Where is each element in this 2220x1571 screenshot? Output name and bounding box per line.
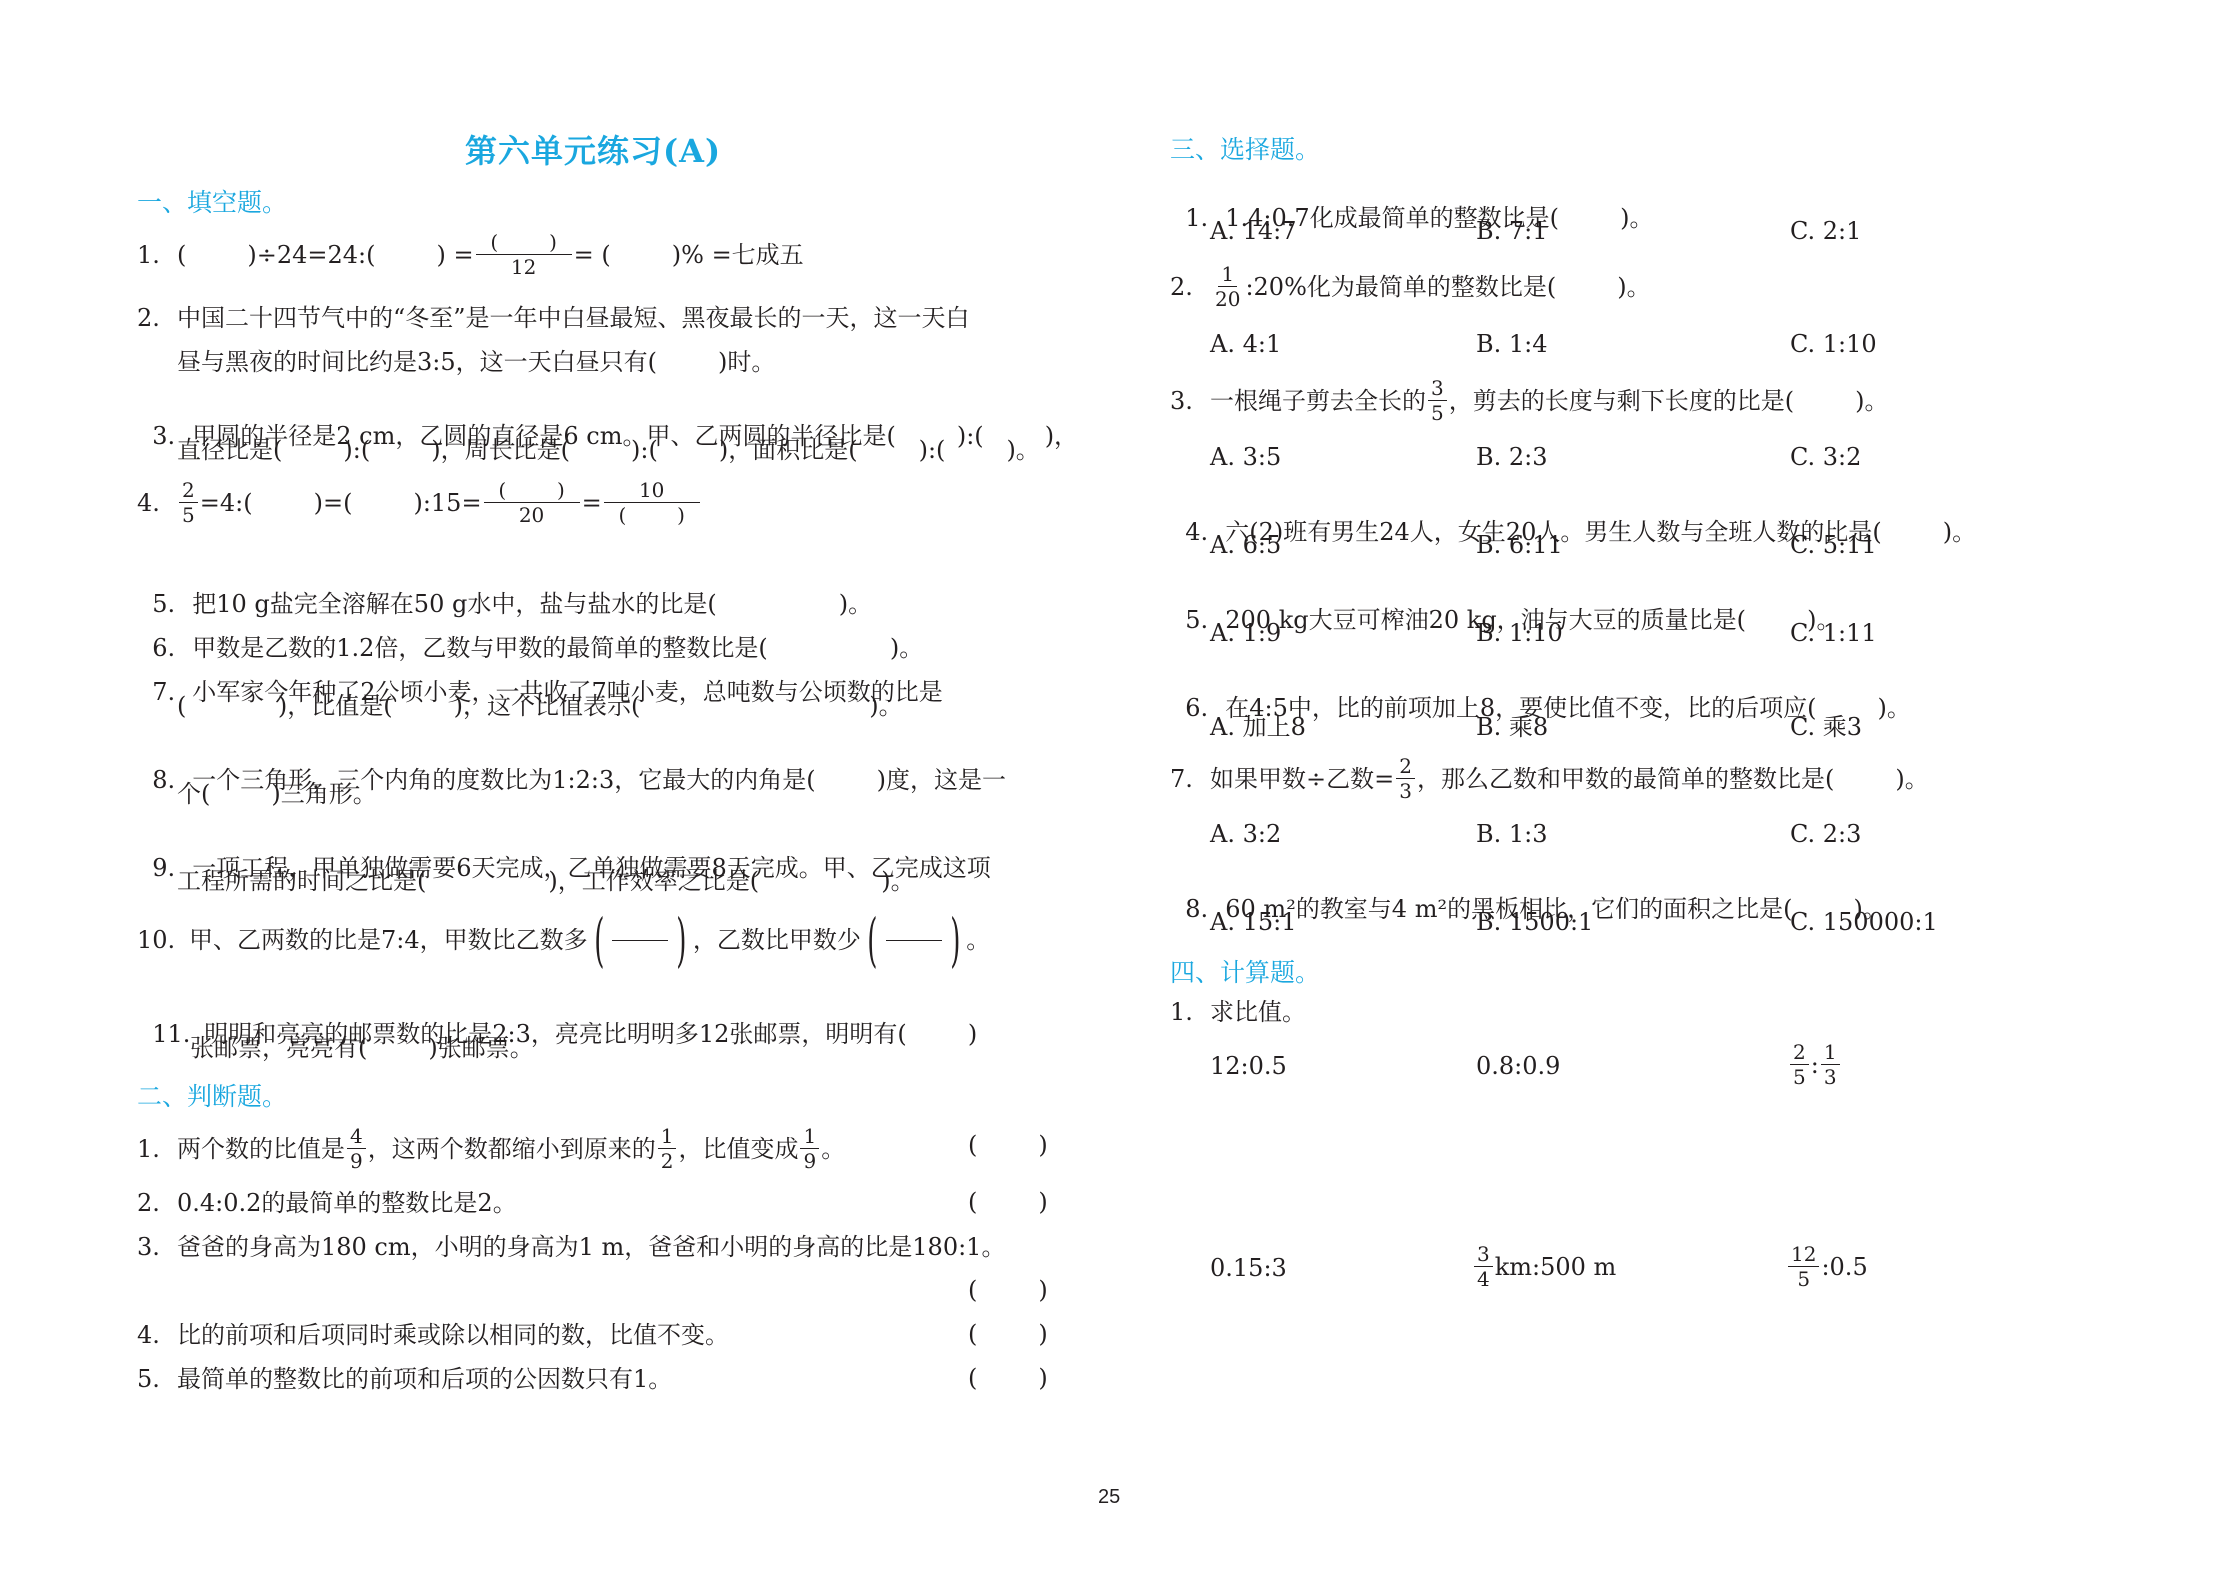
fill-question-9-line2: 工程所需的时间之比是( )，工作效率之比是( )。 [177,866,915,896]
answer-box[interactable]: ( ) [968,1320,1048,1348]
fill-question-8-line2: 个( )三角形。 [177,779,377,809]
fraction-numerator: 2 [1790,1040,1809,1065]
fill-question-2-line2: 昼与黑夜的时间比约是3:5，这一天白昼只有( )时。 [177,347,775,377]
question-number: 3. [137,1232,177,1262]
question-number: 4. [137,1320,177,1350]
option-b[interactable]: B. 1500:1 [1476,908,1593,936]
section-heading-judge: 二、判断题。 [137,1077,287,1113]
question-text: 中国二十四节气中的“冬至”是一年中白昼最短、黑夜最长的一天，这一天白 [177,304,970,332]
question-text: 甲、乙两数的比是7:4，甲数比乙数多 [189,925,588,955]
question-number: 2. [1170,272,1210,302]
question-number: 3. [1170,386,1210,416]
question-text: ，这两个数都缩小到原来的 [368,1134,656,1164]
fraction-numerator: 3 [1474,1242,1493,1267]
fraction-numerator: 3 [1428,376,1447,401]
question-text: 一根绳子剪去全长的 [1210,386,1426,416]
option-c[interactable]: C. 乘3 [1790,707,1862,742]
option-b[interactable]: B. 7:1 [1476,217,1548,245]
ratio-separator: : [1811,1050,1819,1080]
question-number: 1. [137,1134,177,1164]
fraction: 35 [1428,376,1447,425]
choice-question-7: 7. 如果甲数÷乙数= 23 ，那么乙数和甲数的最简单的整数比是( )。 [1170,754,1929,803]
option-a[interactable]: A. 3:2 [1210,820,1281,848]
fraction-numerator: 1 [800,1124,819,1149]
fraction-denominator: 3 [1821,1065,1840,1089]
page-number: 25 [1098,1486,1120,1509]
fraction-numerator: 4 [347,1124,366,1149]
fill-question-7-line2: ( )，比值是( )，这个比值表示( )。 [177,691,903,721]
fraction-denominator: 20 [484,503,580,527]
question-number: 10. [137,925,189,955]
fraction: 49 [347,1124,366,1173]
question-text: :20%化为最简单的整数比是( )。 [1245,272,1650,302]
question-number: 2. [137,1188,177,1218]
answer-box[interactable]: ( ) [968,1188,1048,1216]
calc-expression-5: 34 km:500 m [1472,1242,1616,1291]
option-b[interactable]: B. 6:11 [1476,531,1563,559]
calc-expression-4: 0.15:3 [1210,1253,1287,1283]
fraction-answer-blank[interactable]: () [861,910,966,970]
fraction-denominator: 5 [179,503,198,527]
expression-text: km:500 m [1495,1252,1617,1282]
fraction-denominator: ( ) [604,503,700,527]
fraction: 23 [1396,754,1415,803]
fraction: 120 [1212,262,1243,311]
judge-question-4: 4.比的前项和后项同时乘或除以相同的数，比值不变。 [137,1320,729,1350]
judge-question-3: 3.爸爸的身高为180 cm，小明的身高为1 m，爸爸和小明的身高的比是180:… [137,1232,1005,1262]
choice-question-3: 3. 一根绳子剪去全长的 35 ，剪去的长度与剩下长度的比是( )。 [1170,376,1889,425]
option-a[interactable]: A. 4:1 [1210,330,1281,358]
calc-question-1: 1.求比值。 [1170,997,1306,1027]
fraction: ( )20 [484,478,580,527]
fraction-numerator: ( ) [476,230,572,255]
question-text: =4:( )=( ):15= [200,488,482,518]
fraction-denominator: 20 [1212,287,1243,311]
fraction: ( ) 12 [476,230,572,279]
fraction-denominator: 4 [1474,1267,1493,1291]
fraction-numerator: 12 [1788,1242,1819,1267]
question-text: ( )÷24=24:( ) = [177,240,474,270]
judge-question-5: 5.最简单的整数比的前项和后项的公因数只有1。 [137,1364,672,1394]
fraction-denominator: 9 [347,1149,366,1173]
question-text: ，比值变成 [678,1134,798,1164]
question-text: 如果甲数÷乙数= [1210,764,1394,794]
question-number: 1. [137,240,177,270]
fraction: 25 [1790,1040,1809,1089]
fraction-numerator: 1 [1821,1040,1840,1065]
fraction-denominator: 2 [658,1149,677,1173]
question-number: 5. [137,1364,177,1394]
fill-question-1: 1. ( )÷24=24:( ) = ( ) 12 = ( )% =七成五 [137,230,804,279]
fraction-numerator: 2 [179,478,198,503]
fraction-denominator: 9 [800,1149,819,1173]
fraction: 12 [658,1124,677,1173]
judge-question-1: 1. 两个数的比值是 49 ，这两个数都缩小到原来的 12 ，比值变成 19 。 [137,1124,845,1173]
question-number: 1. [1170,997,1210,1027]
fraction: 34 [1474,1242,1493,1291]
fraction-numerator: 10 [604,478,700,503]
option-a[interactable]: A. 1:9 [1210,619,1281,647]
option-c[interactable]: C. 5:11 [1790,531,1877,559]
calc-expression-6: 125 :0.5 [1786,1242,1868,1291]
calc-expression-1: 12:0.5 [1210,1051,1287,1081]
option-c[interactable]: C. 1:10 [1790,330,1877,358]
answer-box[interactable]: ( ) [968,1131,1048,1159]
option-b[interactable]: B. 1:3 [1476,820,1548,848]
option-a[interactable]: A. 14:7 [1210,217,1296,245]
option-c[interactable]: C. 1:11 [1790,619,1877,647]
fraction: 10( ) [604,478,700,527]
option-a[interactable]: A. 6:5 [1210,531,1281,559]
option-b[interactable]: B. 2:3 [1476,443,1548,471]
option-b[interactable]: B. 乘8 [1476,707,1548,742]
page-title: 第六单元练习(A) [465,126,721,172]
calc-expression-3: 25 : 13 [1788,1040,1842,1089]
fraction: 13 [1821,1040,1840,1089]
section-heading-fill: 一、填空题。 [137,183,287,219]
option-c[interactable]: C. 2:1 [1790,217,1861,245]
calc-expression-2: 0.8:0.9 [1476,1051,1560,1081]
equals: = [582,488,602,518]
judge-question-2: 2.0.4:0.2的最简单的整数比是2。 [137,1188,517,1218]
fraction-denominator: 5 [1794,1267,1813,1291]
fraction-numerator: ( ) [484,478,580,503]
fill-question-3-line2: 直径比是( ):( )，周长比是( ):( )，面积比是( ):( )。 [177,435,1040,465]
expression-text: :0.5 [1821,1252,1867,1282]
fraction-numerator: 2 [1396,754,1415,779]
fill-question-10: 10. 甲、乙两数的比是7:4，甲数比乙数多 () ，乙数比甲数少 () 。 [137,910,990,970]
section-heading-calc: 四、计算题。 [1170,953,1320,989]
question-text: 两个数的比值是 [177,1134,345,1164]
fraction-answer-blank[interactable]: () [588,910,693,970]
fill-question-11-line2: 张邮票，亮亮有( )张邮票。 [190,1033,534,1063]
option-a[interactable]: A. 加上8 [1210,707,1306,742]
section-heading-choice: 三、选择题。 [1170,130,1320,166]
question-text: 求比值。 [1210,998,1306,1026]
question-text: ，乙数比甲数少 [693,925,861,955]
question-text: 0.4:0.2的最简单的整数比是2。 [177,1189,517,1217]
fraction: 125 [1788,1242,1819,1291]
question-text: ，那么乙数和甲数的最简单的整数比是( )。 [1417,764,1929,794]
question-text: 比的前项和后项同时乘或除以相同的数，比值不变。 [177,1321,729,1349]
question-text: ，剪去的长度与剩下长度的比是( )。 [1449,386,1889,416]
fraction-numerator: 1 [658,1124,677,1149]
fill-question-4: 4. 25 =4:( )=( ):15= ( )20 = 10( ) [137,478,702,527]
option-a[interactable]: A. 15:1 [1210,908,1296,936]
question-text: 爸爸的身高为180 cm，小明的身高为1 m，爸爸和小明的身高的比是180:1。 [177,1233,1005,1261]
question-text: 。 [966,925,990,955]
fraction-denominator: 5 [1428,401,1447,425]
option-b[interactable]: B. 1:10 [1476,619,1563,647]
fraction: 25 [179,478,198,527]
fill-question-2: 2.中国二十四节气中的“冬至”是一年中白昼最短、黑夜最长的一天，这一天白 [137,303,970,333]
fraction-denominator: 3 [1396,779,1415,803]
fraction: 19 [800,1124,819,1173]
answer-box[interactable]: ( ) [968,1364,1048,1392]
answer-box[interactable]: ( ) [968,1276,1048,1304]
question-number: 4. [137,488,177,518]
question-number: 7. [1170,764,1210,794]
question-number: 2. [137,303,177,333]
option-c[interactable]: C. 3:2 [1790,443,1861,471]
option-a[interactable]: A. 3:5 [1210,443,1281,471]
question-text: 最简单的整数比的前项和后项的公因数只有1。 [177,1365,672,1393]
fraction-numerator: 1 [1218,262,1237,287]
choice-question-2: 2. 120 :20%化为最简单的整数比是( )。 [1170,262,1651,311]
fraction-denominator: 5 [1790,1065,1809,1089]
question-text: 。 [821,1134,845,1164]
option-c[interactable]: C. 150000:1 [1790,908,1938,936]
option-b[interactable]: B. 1:4 [1476,330,1548,358]
question-text: = ( )% =七成五 [574,240,804,270]
fraction-denominator: 12 [476,255,572,279]
option-c[interactable]: C. 2:3 [1790,820,1861,848]
